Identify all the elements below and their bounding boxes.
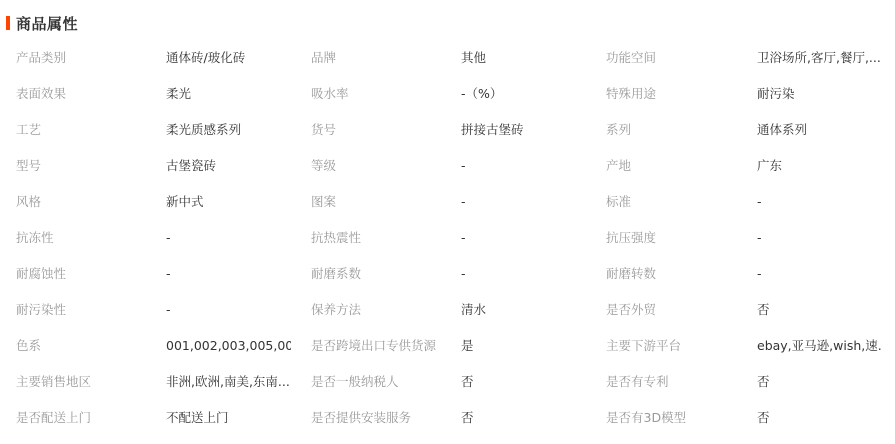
attribute-value: -（%） — [461, 76, 591, 112]
attribute-label: 耐腐蚀性 — [16, 256, 156, 292]
attribute-label: 主要下游平台 — [606, 328, 746, 364]
attribute-label: 特殊用途 — [606, 76, 746, 112]
attribute-value: 通体砖/玻化砖 — [166, 40, 291, 76]
attribute-label: 是否提供安装服务 — [311, 400, 451, 436]
attribute-label: 品牌 — [311, 40, 451, 76]
attribute-label: 型号 — [16, 148, 156, 184]
attribute-value: 柔光 — [166, 76, 291, 112]
attribute-label: 保养方法 — [311, 292, 451, 328]
attribute-value: 清水 — [461, 292, 591, 328]
attribute-label: 货号 — [311, 112, 451, 148]
attribute-value: 古堡瓷砖 — [166, 148, 291, 184]
attribute-value: 拼接古堡砖 — [461, 112, 591, 148]
attribute-value: - — [757, 184, 882, 220]
attribute-value: ebay,亚马逊,wish,速... — [757, 328, 882, 364]
attribute-label: 是否一般纳税人 — [311, 364, 451, 400]
attribute-row: 型号 古堡瓷砖 等级 - 产地 广东 — [0, 148, 895, 184]
attribute-row: 主要销售地区 非洲,欧洲,南美,东南... 是否一般纳税人 否 是否有专利 否 — [0, 364, 895, 400]
attribute-value: 否 — [757, 400, 882, 436]
attribute-label: 等级 — [311, 148, 451, 184]
attribute-value: - — [461, 256, 591, 292]
attribute-label: 是否有专利 — [606, 364, 746, 400]
attribute-label: 功能空间 — [606, 40, 746, 76]
attribute-value: 卫浴场所,客厅,餐厅,... — [757, 40, 882, 76]
attribute-label: 风格 — [16, 184, 156, 220]
attribute-value: 否 — [461, 400, 591, 436]
attribute-row: 表面效果 柔光 吸水率 -（%） 特殊用途 耐污染 — [0, 76, 895, 112]
attribute-label: 表面效果 — [16, 76, 156, 112]
attribute-value: - — [166, 256, 291, 292]
attribute-row: 是否配送上门 不配送上门 是否提供安装服务 否 是否有3D模型 否 — [0, 400, 895, 436]
attribute-label: 耐污染性 — [16, 292, 156, 328]
attribute-label: 是否跨境出口专供货源 — [311, 328, 451, 364]
attribute-value: - — [166, 220, 291, 256]
attribute-value: 是 — [461, 328, 591, 364]
attribute-label: 标准 — [606, 184, 746, 220]
attribute-row: 耐污染性 - 保养方法 清水 是否外贸 否 — [0, 292, 895, 328]
attribute-value: 广东 — [757, 148, 882, 184]
accent-bar — [6, 16, 10, 30]
attribute-value: 否 — [757, 292, 882, 328]
attribute-value: 否 — [757, 364, 882, 400]
attribute-label: 吸水率 — [311, 76, 451, 112]
attribute-value: - — [461, 184, 591, 220]
attribute-row: 工艺 柔光质感系列 货号 拼接古堡砖 系列 通体系列 — [0, 112, 895, 148]
attribute-value: - — [757, 256, 882, 292]
section-title: 商品属性 — [16, 13, 78, 34]
attribute-value: 耐污染 — [757, 76, 882, 112]
attribute-label: 系列 — [606, 112, 746, 148]
attribute-row: 色系 001,002,003,005,006... 是否跨境出口专供货源 是 主… — [0, 328, 895, 364]
attribute-label: 耐磨系数 — [311, 256, 451, 292]
attribute-label: 抗热震性 — [311, 220, 451, 256]
attribute-value: 通体系列 — [757, 112, 882, 148]
attribute-label: 产品类别 — [16, 40, 156, 76]
attribute-value: - — [757, 220, 882, 256]
attribute-label: 是否外贸 — [606, 292, 746, 328]
attribute-label: 工艺 — [16, 112, 156, 148]
attribute-row: 耐腐蚀性 - 耐磨系数 - 耐磨转数 - — [0, 256, 895, 292]
attribute-row: 抗冻性 - 抗热震性 - 抗压强度 - — [0, 220, 895, 256]
attribute-value: 不配送上门 — [166, 400, 291, 436]
attribute-label: 图案 — [311, 184, 451, 220]
attribute-row: 产品类别 通体砖/玻化砖 品牌 其他 功能空间 卫浴场所,客厅,餐厅,... — [0, 40, 895, 76]
attribute-value: 否 — [461, 364, 591, 400]
attribute-label: 耐磨转数 — [606, 256, 746, 292]
attribute-value: 新中式 — [166, 184, 291, 220]
section-header: 商品属性 — [0, 8, 78, 38]
attribute-value: - — [166, 292, 291, 328]
attribute-value: - — [461, 220, 591, 256]
attribute-value: 非洲,欧洲,南美,东南... — [166, 364, 291, 400]
attribute-label: 主要销售地区 — [16, 364, 156, 400]
attribute-value: 其他 — [461, 40, 591, 76]
attribute-value: 001,002,003,005,006... — [166, 328, 291, 364]
attribute-value: - — [461, 148, 591, 184]
attribute-row: 风格 新中式 图案 - 标准 - — [0, 184, 895, 220]
attribute-label: 是否有3D模型 — [606, 400, 746, 436]
attribute-label: 抗冻性 — [16, 220, 156, 256]
attribute-label: 抗压强度 — [606, 220, 746, 256]
attribute-value: 柔光质感系列 — [166, 112, 291, 148]
attribute-label: 产地 — [606, 148, 746, 184]
attribute-table: 产品类别 通体砖/玻化砖 品牌 其他 功能空间 卫浴场所,客厅,餐厅,... 表… — [0, 40, 895, 436]
attribute-label: 色系 — [16, 328, 156, 364]
attribute-label: 是否配送上门 — [16, 400, 156, 436]
